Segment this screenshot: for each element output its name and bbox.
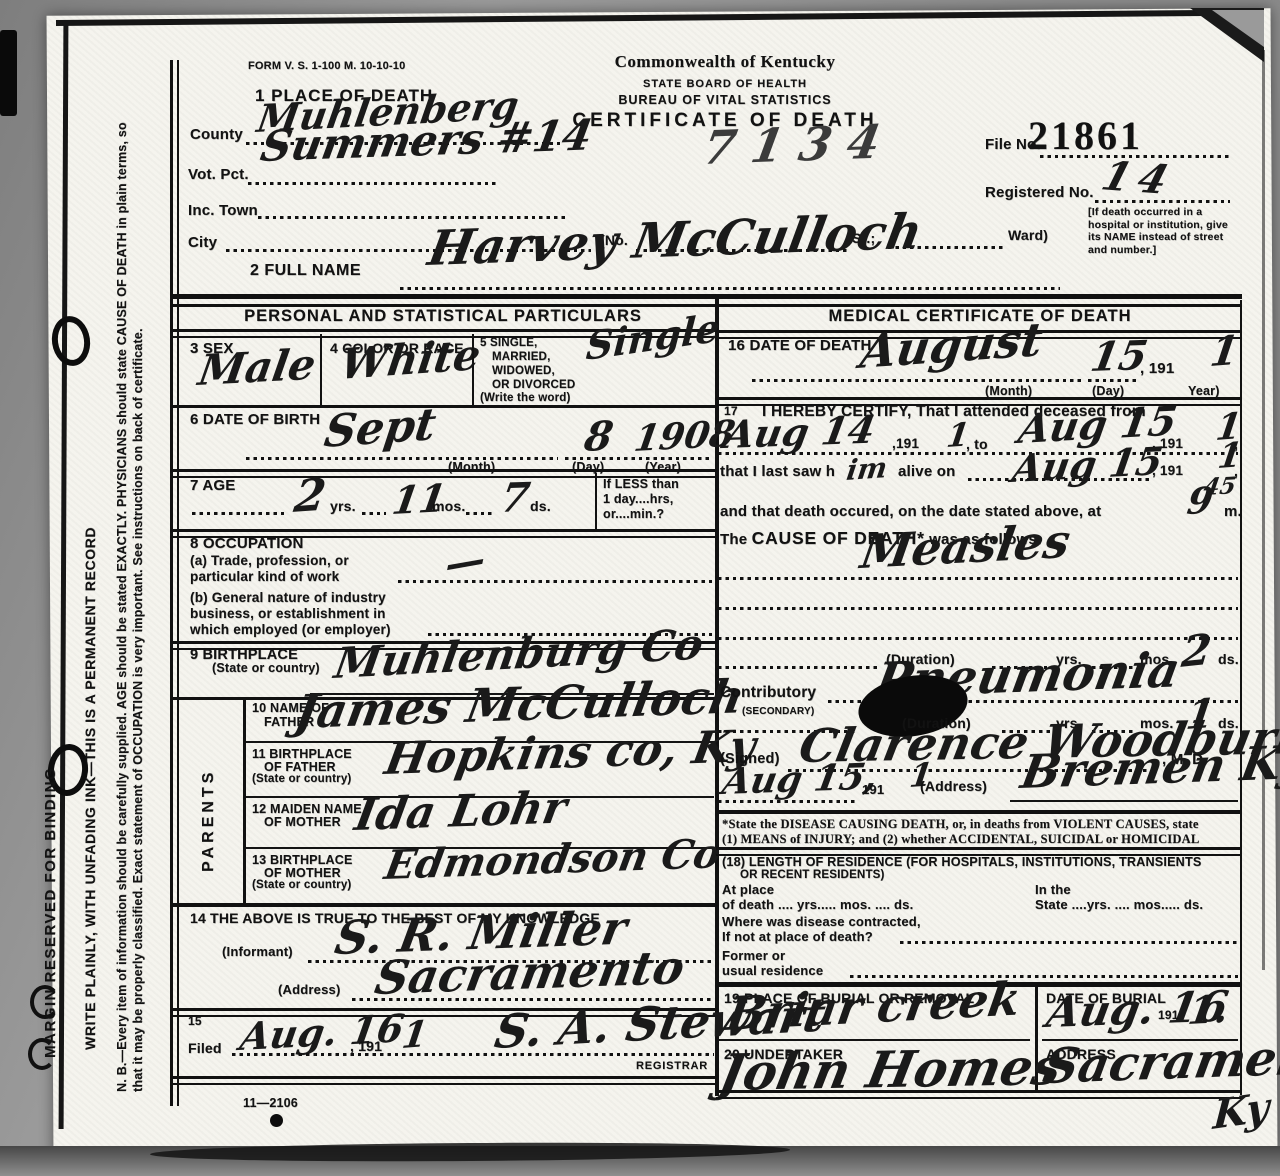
parents-label: PARENTS (200, 769, 218, 872)
signed-address-label: (Address) (920, 778, 987, 794)
full-name-label: 2 FULL NAME (250, 262, 361, 280)
filed-year-printed: , 191 (350, 1038, 382, 1054)
hospital-note: [If death occurred in a hospital or inst… (1088, 206, 1240, 256)
rule (716, 810, 1242, 814)
time-m-label: m. (1224, 503, 1242, 520)
marital-label: 5 SINGLE, (480, 337, 537, 349)
occupation-label: 8 OCCUPATION (190, 535, 304, 552)
contributory-label: Contributory (720, 684, 816, 702)
date-of-death-label: 16 DATE OF DEATH (728, 337, 872, 354)
dotted-leader (1095, 200, 1230, 203)
birthplace-sub-label: (State or country) (212, 661, 320, 675)
dotted-leader (192, 512, 288, 515)
corner-monogram: Ky (1212, 1089, 1270, 1134)
last-saw-year-printed: , 191 (1152, 463, 1183, 478)
contracted-label: If not at place of death? (722, 929, 873, 944)
filed-label: Filed (188, 1040, 222, 1056)
secondary-label: (SECONDARY) (742, 706, 814, 717)
city-label: City (188, 234, 217, 251)
year-caption: Year) (1188, 384, 1220, 398)
in-state-leaders: State ....yrs. .... mos..... ds. (1035, 897, 1203, 912)
dotted-leader (718, 607, 1238, 610)
former-residence-label: usual residence (722, 963, 823, 978)
undertaker-value: John Homes (716, 1044, 1065, 1095)
to-label: , to (966, 436, 988, 452)
last-saw-date: Aug 15 (1010, 444, 1165, 486)
inc-town-label: Inc. Town (188, 202, 258, 219)
contracted-label: Where was disease contracted, (722, 914, 921, 929)
age-label: 7 AGE (190, 477, 235, 494)
occupation-a-value: — (445, 540, 486, 584)
age-yrs-label: yrs. (330, 498, 356, 514)
cell-divider (320, 334, 322, 405)
registrar-label: REGISTRAR (636, 1060, 708, 1072)
date-of-death-year-written: 1 (1208, 333, 1241, 371)
residence-heading: (18) LENGTH OF RESIDENCE (FOR HOSPITALS,… (722, 855, 1201, 869)
father-birthplace-label: OF FATHER (264, 760, 336, 774)
marital-label: (Write the word) (480, 392, 571, 404)
father-birthplace-label: (State or country) (252, 773, 351, 785)
file-no-value: 21861 (1028, 112, 1143, 159)
at-place-leaders: of death .... yrs..... mos. .... ds. (722, 897, 913, 912)
bureau-title: BUREAU OF VITAL STATISTICS (560, 93, 890, 107)
informant-address-label: (Address) (278, 982, 340, 997)
physician-address-value: Bremen Ky (1018, 742, 1280, 794)
duration-ds-label: ds. (1218, 651, 1239, 667)
cell-divider (472, 334, 474, 405)
form-left-border-inner (177, 60, 179, 1106)
state-board-title: STATE BOARD OF HEALTH (560, 78, 890, 90)
dotted-leader (362, 512, 386, 515)
date-of-death-month: August (858, 319, 1045, 374)
page-dogear-inner (1212, 10, 1264, 47)
age-less-note: 1 day....hrs, (603, 492, 673, 506)
residence-heading: OR RECENT RESIDENTS) (740, 869, 885, 881)
sex-value: Male (196, 346, 318, 390)
full-name-value: Harvey McCulloch (425, 211, 925, 272)
mother-birthplace-value: Edmondson Co (382, 836, 723, 884)
occupation-b-label: business, or establishment in (190, 606, 386, 621)
father-birthplace-value: Hopkins co, Ky (382, 727, 758, 780)
burial-place-value: Briar creek (724, 978, 1024, 1035)
day-caption: (Day) (1092, 384, 1124, 398)
marital-label: MARRIED, (492, 351, 550, 363)
penciled-number: 7134 (700, 121, 899, 169)
informant-label: (Informant) (222, 944, 293, 959)
rule (716, 1090, 1242, 1099)
informant-address-value: Sacramento (372, 947, 688, 999)
mother-birthplace-label: 13 BIRTHPLACE (252, 853, 353, 867)
duration-days-value: 2 (1180, 630, 1213, 671)
in-the-label: In the (1035, 882, 1071, 897)
dob-day-value: 8 (582, 418, 616, 456)
scan-right-edge (1262, 50, 1265, 970)
month-caption: (Month) (985, 384, 1032, 398)
occupation-b-label: which employed (or employer) (190, 622, 391, 637)
scan-corner-blob (0, 30, 17, 116)
mother-name-value: Ida Lohr (352, 788, 570, 835)
marital-label: WIDOWED, (492, 365, 555, 377)
occupation-a-label: (a) Trade, profession, or (190, 553, 349, 568)
signed-year-printed: 191 (862, 782, 884, 797)
margin-binding-note: MARGIN RESERVED FOR BINDING (42, 767, 59, 1058)
dotted-leader (718, 666, 880, 669)
cause-pre: The (720, 531, 747, 548)
last-saw-year-written: 1 (1216, 440, 1244, 473)
dotted-leader (466, 512, 494, 515)
print-code: 11—2106 (243, 1096, 298, 1110)
dotted-leader (400, 287, 1060, 290)
margin-nb-note: N. B.—Every item of information should b… (114, 107, 152, 1092)
age-years-value: 2 (292, 475, 328, 517)
burial-year-written: 1. (1186, 992, 1231, 1029)
occupation-b-label: (b) General nature of industry (190, 590, 386, 605)
margin-permanent-note: WRITE PLAINLY, WITH UNFADING INK—THIS IS… (82, 527, 98, 1050)
age-ds-label: ds. (530, 498, 551, 514)
commonwealth-title: Commonwealth of Kentucky (560, 52, 890, 72)
form-left-border (170, 60, 173, 1106)
dotted-leader (718, 800, 858, 803)
print-dot (270, 1114, 283, 1127)
precinct-label: Vot. Pct. (188, 166, 249, 183)
item-15: 15 (188, 1014, 202, 1028)
dotted-leader (718, 577, 1238, 580)
dotted-leader (232, 1053, 714, 1056)
county-label: County (190, 126, 243, 143)
header-bottom-rule (170, 294, 1242, 307)
last-saw-him: im (845, 455, 889, 483)
rule (170, 1076, 716, 1085)
death-time-sup: 45 (1202, 476, 1237, 499)
registered-no-value: 14 (1098, 159, 1180, 199)
burial-year-printed: 191 (1158, 1008, 1179, 1022)
undertaker-address-value: Sacramento (1040, 1034, 1280, 1089)
dotted-leader (246, 457, 558, 460)
cell-divider (595, 473, 597, 529)
dotted-leader (718, 637, 1238, 640)
last-saw-pre: that I last saw h (720, 463, 835, 480)
death-certificate-scan: MARGIN RESERVED FOR BINDING WRITE PLAINL… (0, 0, 1280, 1176)
age-less-note: If LESS than (603, 477, 679, 491)
age-less-note: or....min.? (603, 507, 664, 521)
father-birthplace-label: 11 BIRTHPLACE (252, 747, 352, 761)
footnote: *State the DISEASE CAUSING DEATH, or, in… (722, 817, 1199, 832)
form-code: FORM V. S. 1-100 M. 10-10-10 (248, 60, 405, 72)
registered-no-label: Registered No. (985, 184, 1094, 201)
dotted-leader (1088, 379, 1138, 382)
from-year-printed: ,191 (892, 436, 919, 451)
parents-divider (243, 700, 246, 903)
marital-label: OR DIVORCED (492, 379, 575, 391)
rule (170, 405, 716, 408)
precinct-value: Summers #14 (258, 116, 595, 166)
dotted-leader (248, 182, 498, 185)
mother-name-label: 12 MAIDEN NAME (252, 802, 362, 816)
occupation-a-label: particular kind of work (190, 569, 339, 584)
underline (1010, 800, 1238, 802)
mother-birthplace-label: (State or country) (252, 879, 351, 891)
date-of-death-year-printed: , 191 (1140, 360, 1174, 377)
footnote: (1) MEANS of INJURY; and (2) whether ACC… (722, 832, 1199, 847)
filed-year-written: 1 (400, 1018, 430, 1053)
at-place-label: At place (722, 882, 774, 897)
city-ward-label: Ward) (1008, 227, 1048, 243)
dob-month-value: Sept (322, 405, 438, 453)
signed-date-value: Aug 15, (720, 760, 880, 798)
age-mos-label: mos. (432, 498, 465, 514)
dotted-leader (900, 941, 1238, 944)
mother-name-label: OF MOTHER (264, 815, 341, 829)
attended-from-value: Aug 14 (722, 413, 878, 453)
race-value: White (338, 336, 483, 384)
former-residence-label: Former or (722, 948, 785, 963)
dob-label: 6 DATE OF BIRTH (190, 411, 320, 428)
cause-of-death-value: Measles (858, 521, 1073, 574)
last-saw-post: alive on (898, 463, 955, 480)
mother-birthplace-label: OF MOTHER (264, 866, 341, 880)
dotted-leader (752, 379, 1082, 382)
dotted-leader (398, 580, 712, 583)
